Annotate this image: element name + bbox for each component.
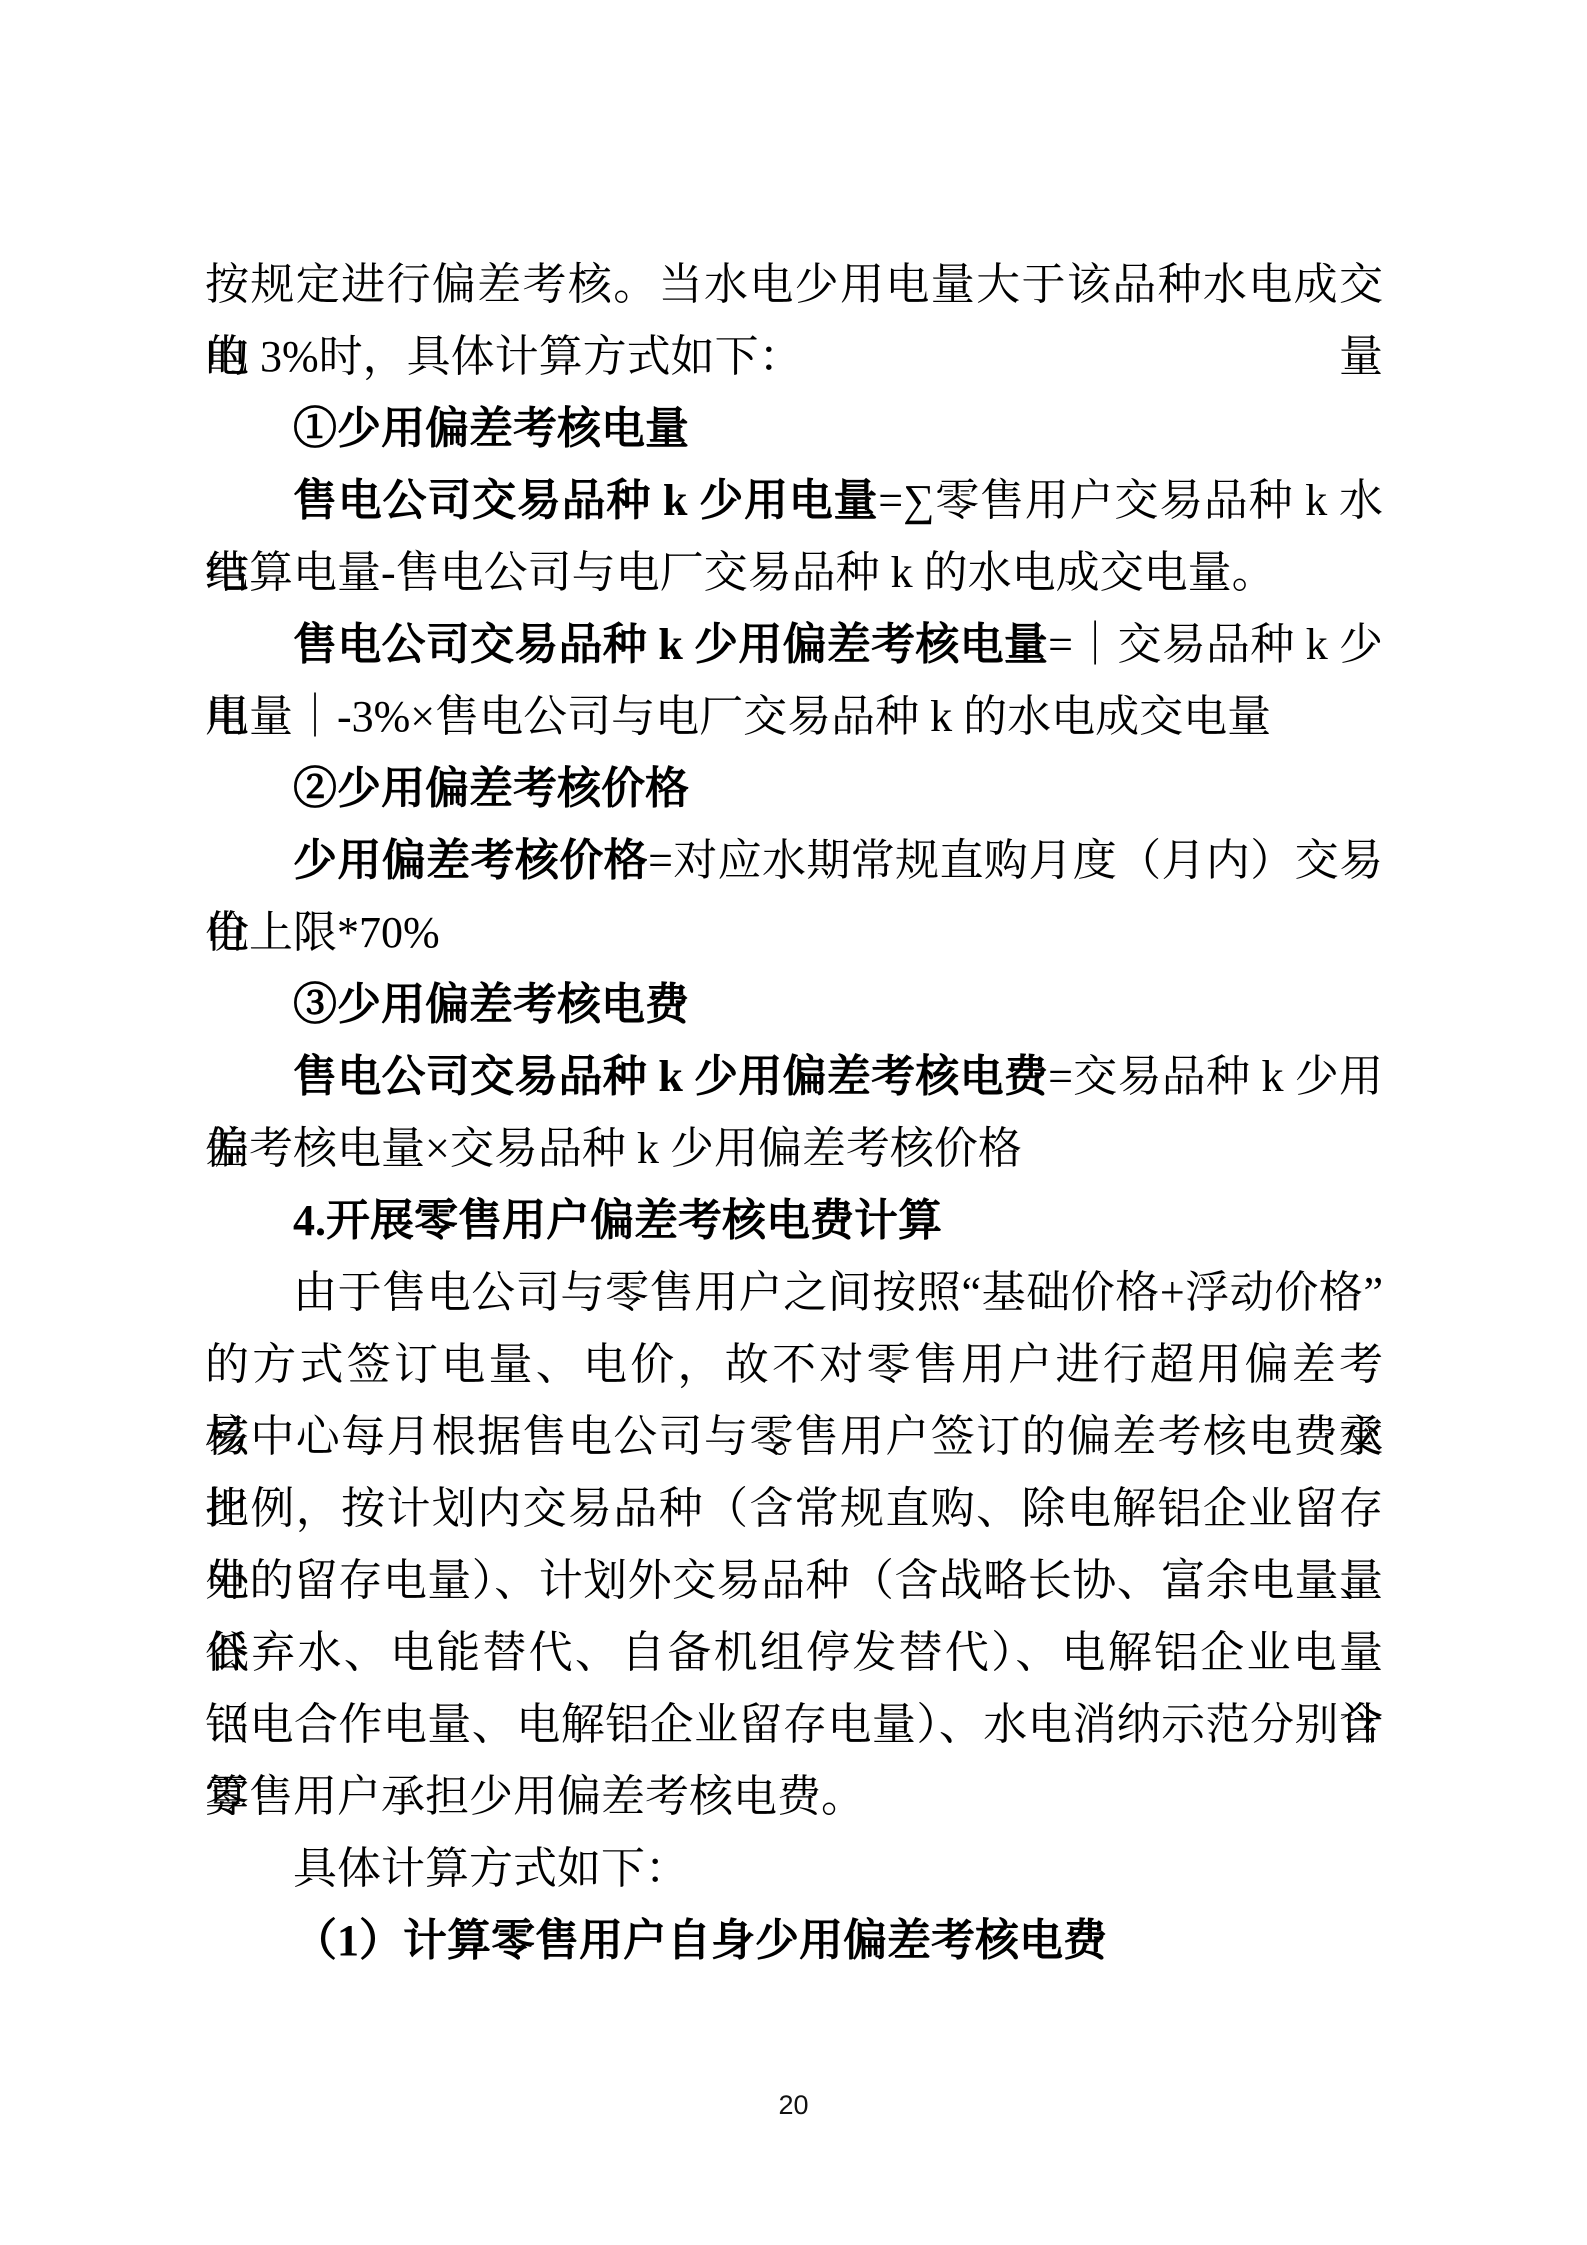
heading-section-4-text: 4.开展零售用户偏差考核电费计算	[293, 1196, 942, 1245]
document-page: 按规定进行偏差考核。当水电少用电量大于该品种水电成交电量 的 3%时，具体计算方…	[0, 0, 1587, 2245]
line-06: 售电公司交易品种 k 少用偏差考核电量=｜交易品种 k 少用	[205, 609, 1383, 681]
line-17: 易中心每月根据售电公司与零售用户签订的偏差考核电费承担	[205, 1401, 1383, 1473]
line-15: 由于售电公司与零售用户之间按照“基础价格+浮动价格”	[205, 1257, 1383, 1329]
heading-circled-1-text: ①少用偏差考核电量	[293, 404, 689, 453]
formula-lhs-bold: 少用偏差考核价格	[293, 836, 648, 885]
line-23-text: 具体计算方式如下：	[293, 1844, 689, 1893]
heading-circled-2-text: ②少用偏差考核价格	[293, 764, 689, 813]
line-01: 按规定进行偏差考核。当水电少用电量大于该品种水电成交电量	[205, 249, 1383, 321]
heading-section-4: 4.开展零售用户偏差考核电费计算	[205, 1185, 1383, 1257]
heading-item-1: （1）计算零售用户自身少用偏差考核电费	[205, 1905, 1383, 1977]
formula-lhs-bold: 售电公司交易品种 k 少用电量	[293, 476, 878, 525]
line-20: 谷弃水、电能替代、自备机组停发替代）、电解铝企业电量（含	[205, 1617, 1383, 1689]
document-body: 按规定进行偏差考核。当水电少用电量大于该品种水电成交电量 的 3%时，具体计算方…	[205, 249, 1383, 1977]
line-12: 售电公司交易品种 k 少用偏差考核电费=交易品种 k 少用偏	[205, 1041, 1383, 1113]
line-22: 零售用户承担少用偏差考核电费。	[205, 1761, 1383, 1833]
line-23: 具体计算方式如下：	[205, 1833, 1383, 1905]
line-10: 价上限*70%	[205, 897, 1383, 969]
formula-lhs-bold: 售电公司交易品种 k 少用偏差考核电量	[293, 620, 1048, 669]
line-16: 的方式签订电量、电价，故不对零售用户进行超用偏差考核。交	[205, 1329, 1383, 1401]
line-05: 结算电量-售电公司与电厂交易品种 k 的水电成交电量。	[205, 537, 1383, 609]
line-15-text: 由于售电公司与零售用户之间按照“基础价格+浮动价格”	[293, 1268, 1383, 1317]
heading-circled-3-text: ③少用偏差考核电费	[293, 980, 689, 1029]
line-13: 差考核电量×交易品种 k 少用偏差考核价格	[205, 1113, 1383, 1185]
heading-circled-3: ③少用偏差考核电费	[205, 969, 1383, 1041]
line-10-text: 价上限*70%	[205, 908, 440, 957]
line-02-text: 的 3%时，具体计算方式如下：	[205, 332, 803, 381]
heading-item-1-text: （1）计算零售用户自身少用偏差考核电费	[293, 1916, 1107, 1965]
line-04: 售电公司交易品种 k 少用电量=∑零售用户交易品种 k 水电	[205, 465, 1383, 537]
line-13-text: 差考核电量×交易品种 k 少用偏差考核价格	[205, 1124, 1022, 1173]
line-05-text: 结算电量-售电公司与电厂交易品种 k 的水电成交电量。	[205, 548, 1276, 597]
line-09: 少用偏差考核价格=对应水期常规直购月度（月内）交易电	[205, 825, 1383, 897]
line-19: 外的留存电量）、计划外交易品种（含战略长协、富余电量、低	[205, 1545, 1383, 1617]
heading-circled-1: ①少用偏差考核电量	[205, 393, 1383, 465]
line-22-text: 零售用户承担少用偏差考核电费。	[205, 1772, 865, 1821]
heading-circled-2: ②少用偏差考核价格	[205, 753, 1383, 825]
line-21: 铝电合作电量、电解铝企业留存电量）、水电消纳示范分别计算	[205, 1689, 1383, 1761]
line-18: 比例，按计划内交易品种（含常规直购、除电解铝企业留存电量	[205, 1473, 1383, 1545]
line-07: 电量｜-3%×售电公司与电厂交易品种 k 的水电成交电量	[205, 681, 1383, 753]
page-number: 20	[0, 2088, 1587, 2122]
formula-lhs-bold: 售电公司交易品种 k 少用偏差考核电费	[293, 1052, 1048, 1101]
line-07-text: 电量｜-3%×售电公司与电厂交易品种 k 的水电成交电量	[205, 692, 1271, 741]
